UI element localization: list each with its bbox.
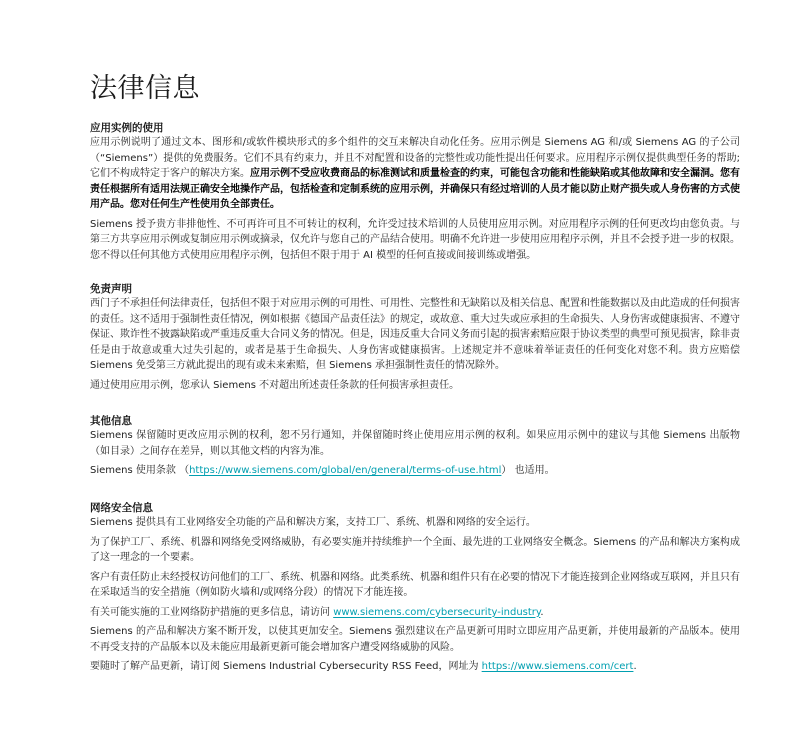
paragraph: 通过使用应用示例，您承认 Siemens 不对超出所述责任条款的任何损害承担责任… (90, 378, 740, 394)
cybersecurity-industry-link[interactable]: www.siemens.com/cybersecurity-industry (333, 607, 540, 618)
paragraph: 应用示例说明了通过文本、图形和/或软件模块形式的多个组件的交互来解决自动化任务。… (90, 135, 740, 213)
legal-info-page: 法律信息 应用实例的使用 应用示例说明了通过文本、图形和/或软件模块形式的多个组… (90, 72, 740, 106)
paragraph-text: 有关可能实施的工业网络防护措施的更多信息，请访问 (90, 607, 333, 618)
paragraph: 客户有责任防止未经授权访问他们的工厂、系统、机器和网络。此类系统、机器和组件只有… (90, 570, 740, 601)
section-heading: 网络安全信息 (90, 502, 740, 515)
paragraph: 西门子不承担任何法律责任，包括但不限于对应用示例的可用性、可用性、完整性和无缺陷… (90, 296, 740, 374)
paragraph: Siemens 保留随时更改应用示例的权利，恕不另行通知，并保留随时终止使用应用… (90, 428, 740, 459)
paragraph-text: ） 也适用。 (501, 465, 554, 476)
section-heading: 免责声明 (90, 283, 740, 296)
section-cybersecurity: 网络安全信息 Siemens 提供具有工业网络安全功能的产品和解决方案，支持工厂… (90, 502, 740, 675)
paragraph: 为了保护工厂、系统、机器和网络免受网络威胁，有必要实施并持续维护一个全面、最先进… (90, 535, 740, 566)
paragraph-text: . (633, 661, 636, 672)
paragraph: Siemens 授予贵方非排他性、不可再许可且不可转让的权利，允许受过技术培训的… (90, 217, 740, 264)
paragraph: 要随时了解产品更新，请订阅 Siemens Industrial Cyberse… (90, 659, 740, 675)
section-use-of-examples: 应用实例的使用 应用示例说明了通过文本、图形和/或软件模块形式的多个组件的交互来… (90, 122, 740, 263)
paragraph-text: 要随时了解产品更新，请订阅 Siemens Industrial Cyberse… (90, 661, 482, 672)
terms-of-use-link[interactable]: https://www.siemens.com/global/en/genera… (189, 465, 501, 476)
cert-link[interactable]: https://www.siemens.com/cert (482, 661, 634, 672)
paragraph-text: Siemens 使用条款 （ (90, 465, 189, 476)
section-other-info: 其他信息 Siemens 保留随时更改应用示例的权利，恕不另行通知，并保留随时终… (90, 415, 740, 479)
section-heading: 应用实例的使用 (90, 122, 740, 135)
paragraph: Siemens 的产品和解决方案不断开发，以使其更加安全。Siemens 强烈建… (90, 624, 740, 655)
section-heading: 其他信息 (90, 415, 740, 428)
paragraph: Siemens 提供具有工业网络安全功能的产品和解决方案，支持工厂、系统、机器和… (90, 515, 740, 531)
section-disclaimer: 免责声明 西门子不承担任何法律责任，包括但不限于对应用示例的可用性、可用性、完整… (90, 283, 740, 393)
page-title: 法律信息 (90, 72, 740, 106)
paragraph: Siemens 使用条款 （https://www.siemens.com/gl… (90, 463, 740, 479)
paragraph: 有关可能实施的工业网络防护措施的更多信息，请访问 www.siemens.com… (90, 605, 740, 621)
paragraph-text: . (540, 607, 543, 618)
